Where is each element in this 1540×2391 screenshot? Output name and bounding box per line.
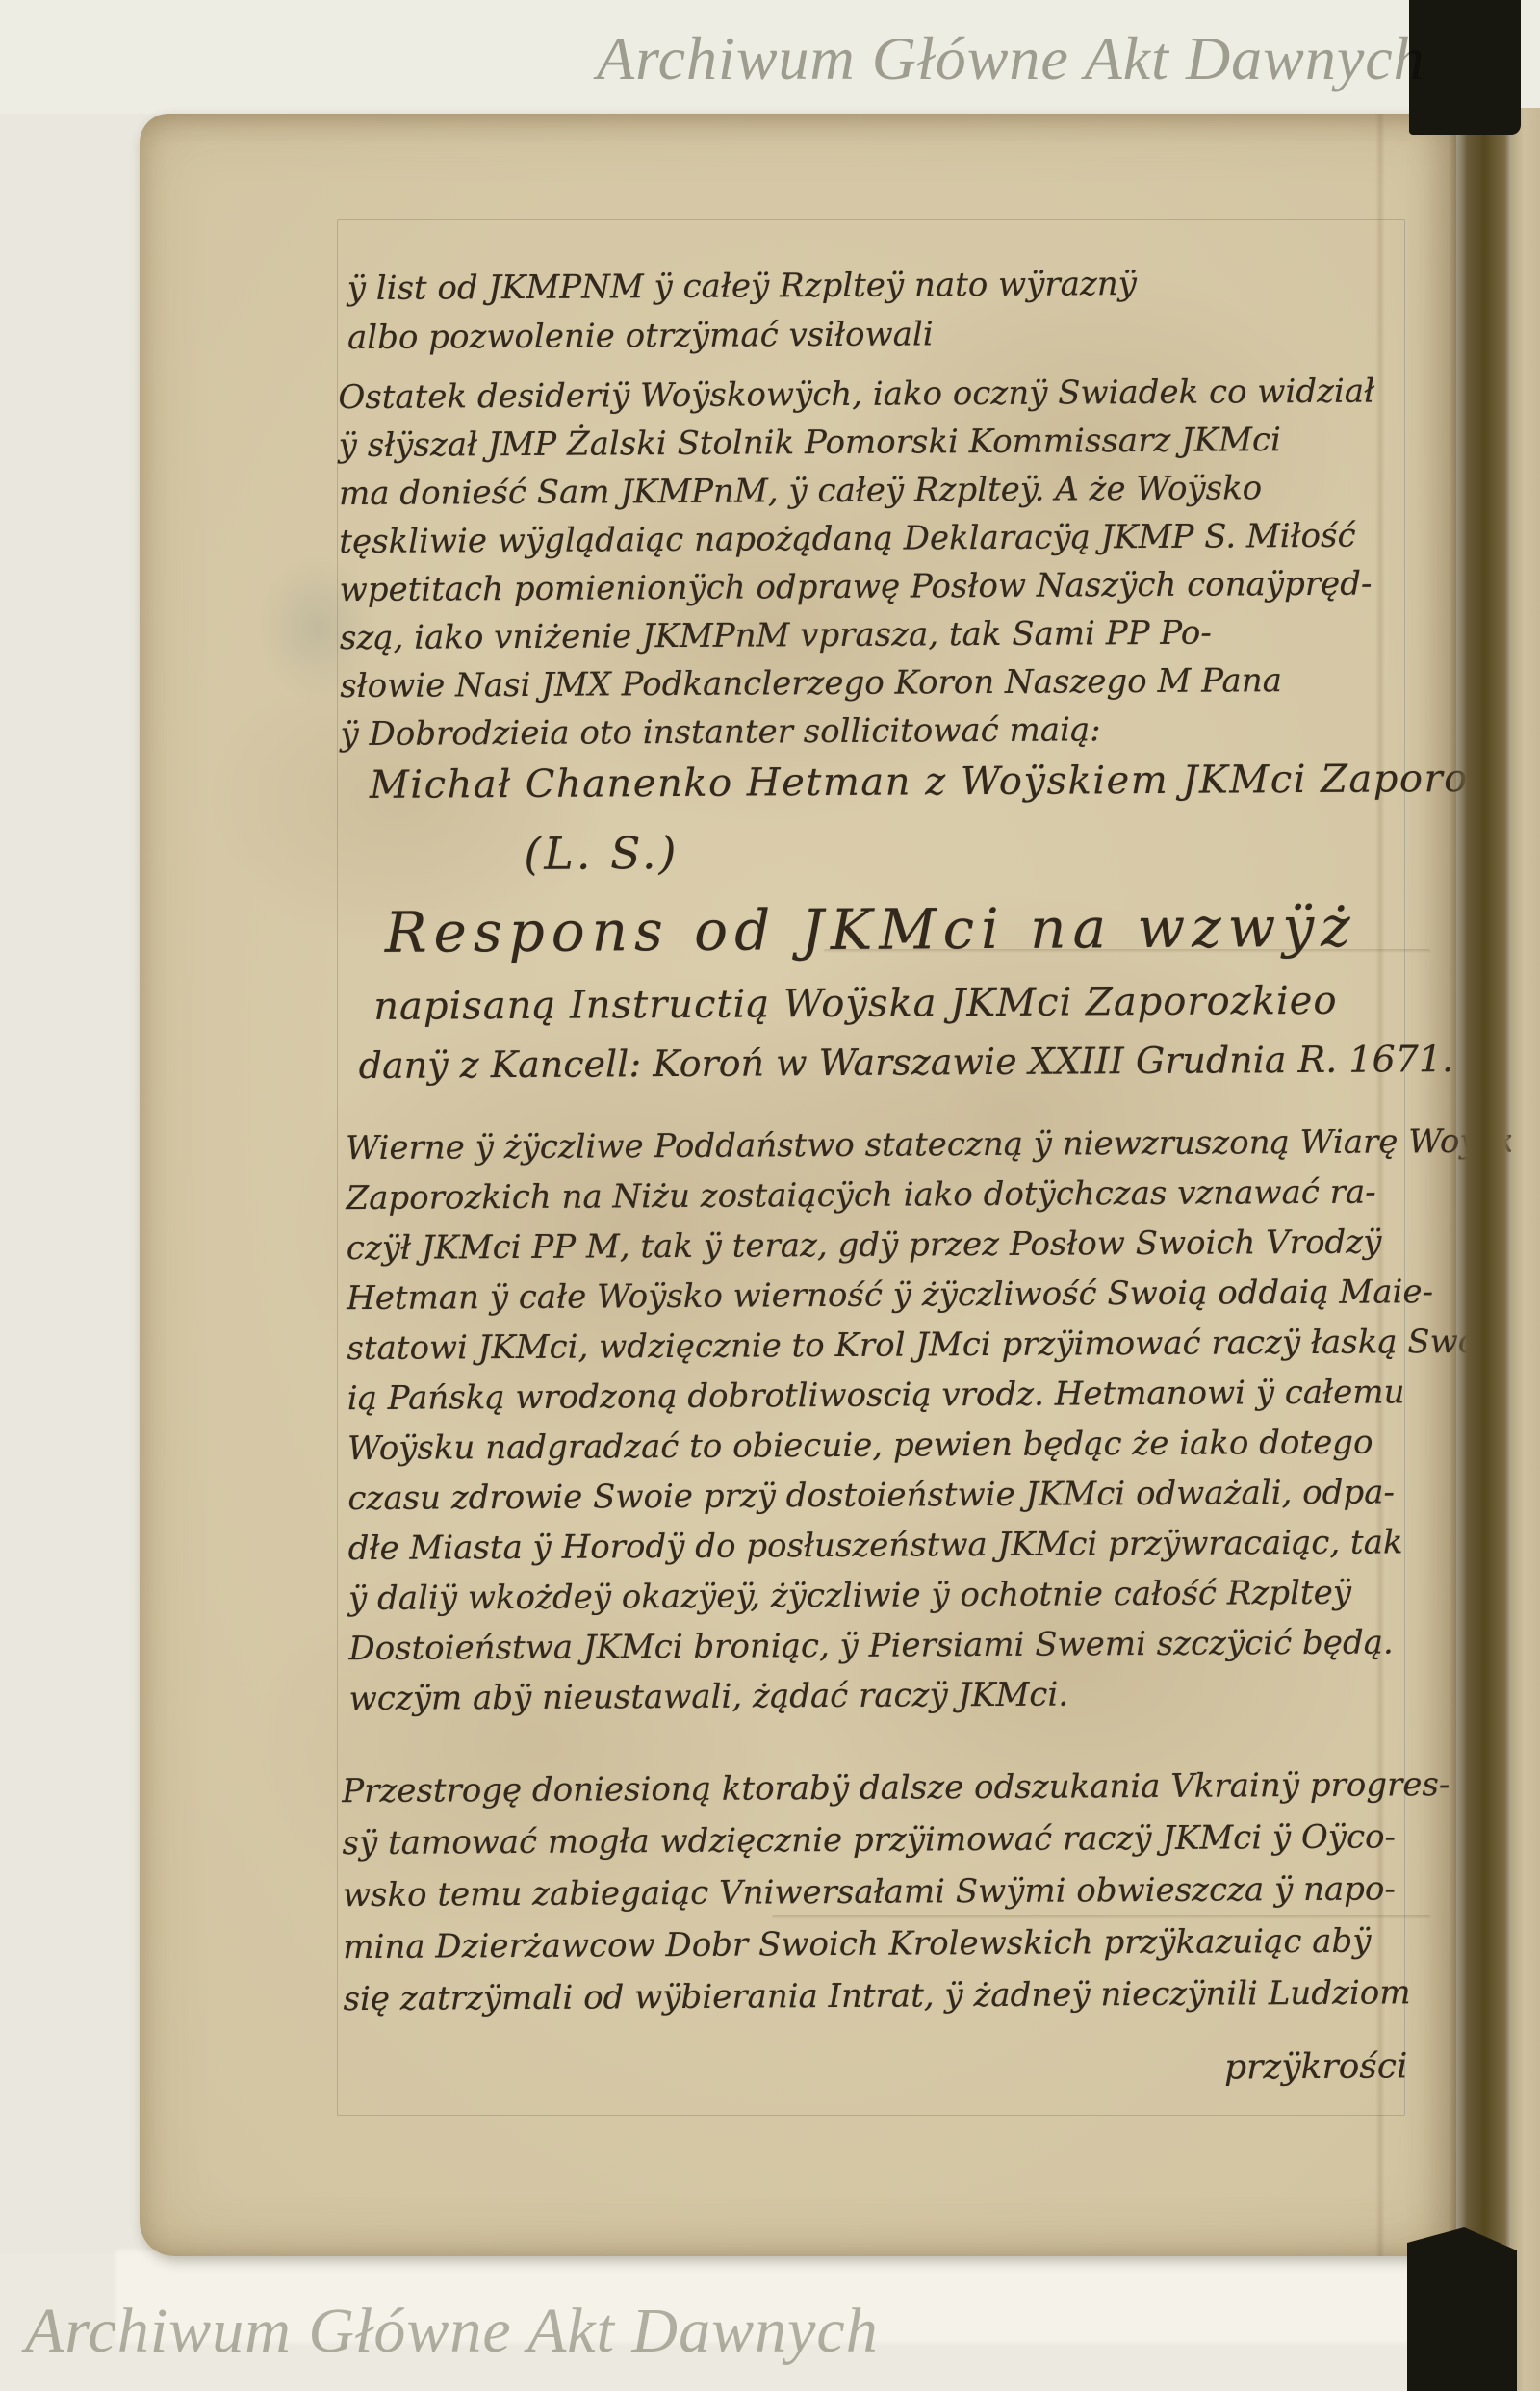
seal-mark: (L. S.) — [524, 827, 680, 880]
respons-heading-line3: danÿ z Kancell: Koroń w Warszawie XXIII … — [359, 1038, 1454, 1087]
handwritten-line: dłe Miasta ÿ Horodÿ do posłuszeństwa JKM… — [348, 1523, 1518, 1580]
archive-watermark-top: Archiwum Główne Akt Dawnych — [597, 23, 1425, 94]
handwritten-line: Wierne ÿ żÿczliwe Poddaństwo stateczną ÿ… — [346, 1122, 1515, 1179]
handwritten-text-layer: ÿ list od JKMPNM ÿ całeÿ Rzplteÿ nato wÿ… — [140, 106, 1470, 2256]
handwritten-line: Hetman ÿ całe Woÿsko wierność ÿ żÿczliwo… — [346, 1273, 1516, 1329]
handwritten-line: ią Pańską wrodzoną dobrotliwoscią vrodz.… — [347, 1373, 1517, 1429]
handwritten-line: Dostoieństwa JKMci broniąc, ÿ Piersiami … — [348, 1623, 1518, 1680]
respons-heading-line2: napisaną Instructią Woÿska JKMci Zaporoz… — [373, 979, 1337, 1029]
handwritten-line: czÿł JKMci PP M, tak ÿ teraz, gdÿ przez … — [346, 1222, 1516, 1279]
handwritten-line: wpetitach pomienionÿch odprawę Posłow Na… — [340, 565, 1376, 620]
handwritten-line: słowie Nasi JMX Podkanclerzego Koron Nas… — [340, 661, 1376, 716]
spine-tape-top — [1409, 0, 1521, 135]
handwritten-line: szą, iako vniżenie JKMPnM vprasza, tak S… — [340, 613, 1376, 668]
handwritten-line: się zatrzÿmali od wÿbierania Intrat, ÿ ż… — [343, 1973, 1450, 2032]
handwritten-line: tęskliwie wÿglądaiąc napożądaną Deklarac… — [339, 517, 1375, 572]
handwritten-line: Przestrogę doniesioną ktorabÿ dalsze ods… — [342, 1765, 1450, 1824]
archive-watermark-bottom: Archiwum Główne Akt Dawnych — [25, 2295, 879, 2368]
next-page-edge — [1511, 108, 1540, 2391]
handwritten-line: czasu zdrowie Swoie przÿ dostoieństwie J… — [347, 1473, 1517, 1530]
handwritten-line: sÿ tamować mogła wdzięcznie przÿimować r… — [342, 1817, 1450, 1876]
handwritten-line: wsko temu zabiegaiąc Vniwersałami Swÿmi … — [343, 1869, 1450, 1928]
handwritten-line: ÿ słÿszał JMP Żalski Stolnik Pomorski Ko… — [339, 421, 1375, 476]
spine-tape-bottom — [1407, 2227, 1517, 2391]
handwritten-line: statowi JKMci, wdzięcznie to Krol JMci p… — [346, 1323, 1516, 1379]
handwritten-line: albo pozwolenie otrzÿmać vsiłowali — [347, 314, 1138, 368]
handwritten-line: ÿ Dobrodzieia oto instanter sollicitować… — [340, 709, 1376, 764]
handwritten-line: Ostatek desideriÿ Woÿskowÿch, iako ocznÿ… — [338, 373, 1374, 427]
warning-paragraph: Przestrogę doniesioną ktorabÿ dalsze ods… — [342, 1765, 1451, 2032]
respons-body-paragraph: Wierne ÿ żÿczliwe Poddaństwo stateczną ÿ… — [346, 1122, 1518, 1730]
scanned-archive-image: { "watermark": { "text": "Archiwum Główn… — [0, 0, 1540, 2391]
manuscript-page: ÿ list od JKMPNM ÿ całeÿ Rzplteÿ nato wÿ… — [140, 114, 1456, 2256]
handwritten-line: Woÿsku nadgradzać to obiecuie, pewien bę… — [347, 1423, 1517, 1479]
book-gutter-shadow — [1449, 114, 1514, 2256]
handwritten-line: ÿ list od JKMPNM ÿ całeÿ Rzplteÿ nato wÿ… — [347, 265, 1138, 319]
respons-heading-line1: Respons od JKMci na wzwÿż — [385, 894, 1357, 965]
handwritten-line: wczÿm abÿ nieustawali, żądać raczÿ JKMci… — [349, 1673, 1519, 1730]
intro-paragraph: ÿ list od JKMPNM ÿ całeÿ Rzplteÿ nato wÿ… — [347, 265, 1138, 368]
instruction-paragraph: Ostatek desideriÿ Woÿskowÿch, iako ocznÿ… — [338, 373, 1376, 764]
handwritten-line: Zaporozkich na Niżu zostaiącÿch iako dot… — [346, 1172, 1515, 1229]
handwritten-line: ÿ daliÿ wkożdeÿ okazÿeÿ, żÿczliwie ÿ och… — [348, 1573, 1518, 1630]
handwritten-line: mina Dzierżawcow Dobr Swoich Krolewskich… — [343, 1921, 1450, 1980]
signature-line: Michał Chanenko Hetman z Woÿskiem JKMci … — [370, 757, 1491, 808]
catchword: przÿkrości — [1224, 2046, 1408, 2087]
handwritten-line: ma donieść Sam JKMPnM, ÿ całeÿ Rzplteÿ. … — [339, 469, 1375, 524]
